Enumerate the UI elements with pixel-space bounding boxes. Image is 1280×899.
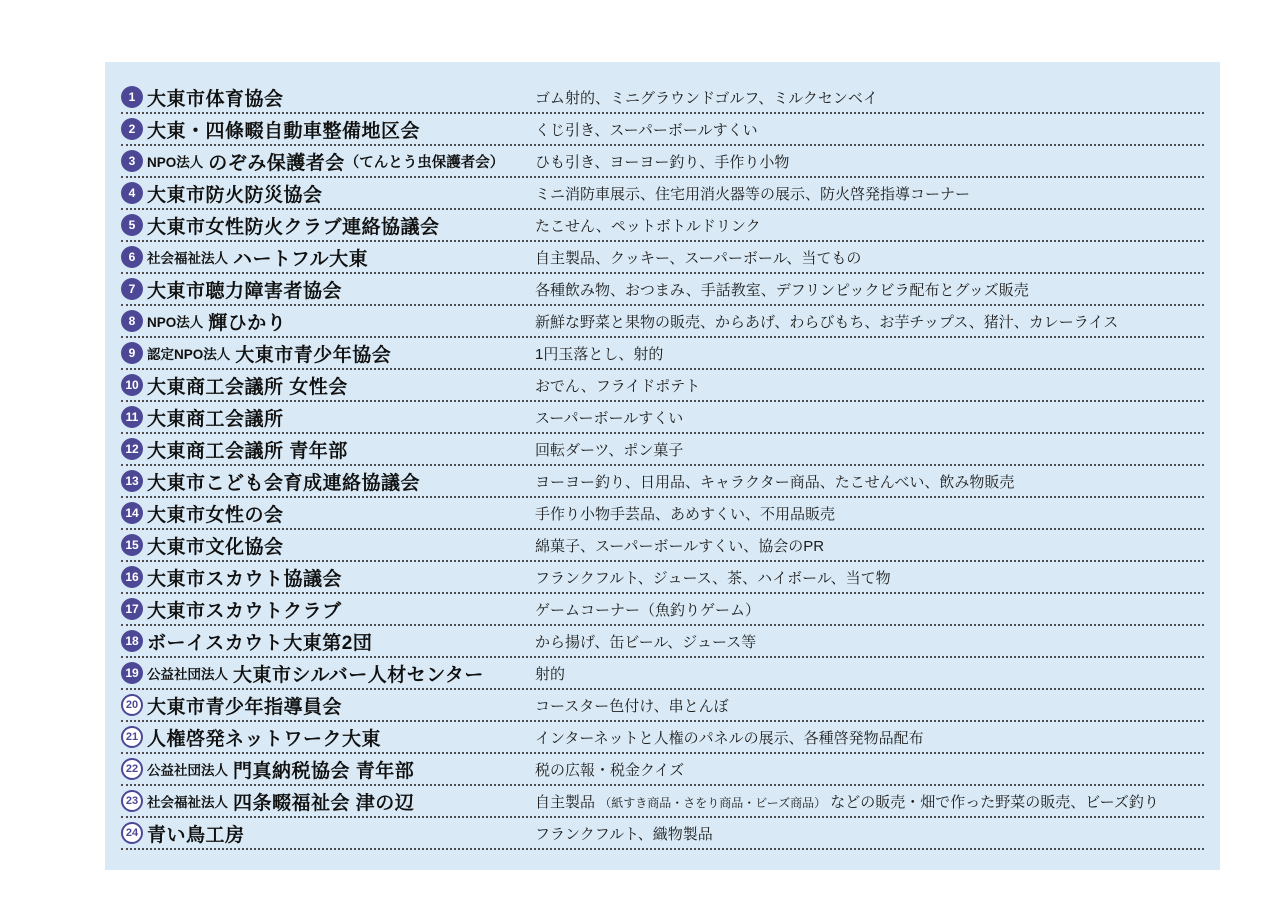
org-name: 大東市聴力障害者協会 (147, 276, 342, 303)
org-name-cell: 23 社会福祉法人 四条畷福祉会 津の辺 (121, 788, 535, 815)
org-name-cell: 17 大東市スカウトクラブ (121, 596, 535, 623)
org-name-cell: 5 大東市女性防火クラブ連絡協議会 (121, 212, 535, 239)
item-number-badge: 15 (121, 534, 143, 556)
org-name: 大東商工会議所 (147, 404, 284, 431)
booth-description-cell: たこせん、ペットボトルドリンク (535, 215, 1204, 236)
list-item: 4 大東市防火防災協会 ミニ消防車展示、住宅用消火器等の展示、防火啓発指導コーナ… (121, 178, 1204, 210)
list-item: 7 大東市聴力障害者協会 各種飲み物、おつまみ、手話教室、デフリンピックビラ配布… (121, 274, 1204, 306)
list-item: 19 公益社団法人 大東市シルバー人材センター 射的 (121, 658, 1204, 690)
org-name: 門真納税協会 青年部 (233, 756, 414, 783)
booth-description-cell: 綿菓子、スーパーボールすくい、協会のPR (535, 535, 1204, 556)
org-type-prefix: NPO法人 (147, 151, 203, 171)
booth-description-cell: くじ引き、スーパーボールすくい (535, 119, 1204, 140)
org-name-cell: 9 認定NPO法人 大東市青少年協会 (121, 340, 535, 367)
org-name-cell: 12 大東商工会議所 青年部 (121, 436, 535, 463)
booth-description-cell: ゲームコーナー（魚釣りゲーム） (535, 599, 1204, 620)
booth-description: 1円玉落とし、射的 (535, 346, 663, 363)
booth-description: ヨーヨー釣り、日用品、キャラクター商品、たこせんべい、飲み物販売 (535, 474, 1014, 491)
booth-description-cell: コースター色付け、串とんぼ (535, 695, 1204, 716)
org-name: 四条畷福祉会 津の辺 (233, 788, 414, 815)
org-name: 輝ひかり (208, 308, 286, 335)
org-type-prefix: 認定NPO法人 (147, 343, 230, 363)
org-name-cell: 7 大東市聴力障害者協会 (121, 276, 535, 303)
booth-description-cell: から揚げ、缶ビール、ジュース等 (535, 631, 1204, 652)
org-name: 大東市シルバー人材センター (233, 660, 484, 687)
list-item: 9 認定NPO法人 大東市青少年協会 1円玉落とし、射的 (121, 338, 1204, 370)
booth-description-cell: ヨーヨー釣り、日用品、キャラクター商品、たこせんべい、飲み物販売 (535, 471, 1204, 492)
booth-description-cell: 税の広報・税金クイズ (535, 759, 1204, 780)
booth-list-panel: 1 大東市体育協会 ゴム射的、ミニグラウンドゴルフ、ミルクセンベイ 2 大東・四… (105, 62, 1220, 870)
list-item: 23 社会福祉法人 四条畷福祉会 津の辺 自主製品 （紙すき商品・さをり商品・ビ… (121, 786, 1204, 818)
booth-description: 自主製品 (535, 794, 595, 811)
booth-description-cell: おでん、フライドポテト (535, 375, 1204, 396)
booth-description: 各種飲み物、おつまみ、手話教室、デフリンピックビラ配布とグッズ販売 (535, 282, 1029, 299)
org-name: 大東市防火防災協会 (147, 180, 323, 207)
org-name-cell: 18 ボーイスカウト大東第2団 (121, 628, 535, 655)
booth-description: 新鮮な野菜と果物の販売、からあげ、わらびもち、お芋チップス、猪汁、カレーライス (535, 314, 1118, 331)
org-name-cell: 3 NPO法人 のぞみ保護者会 （てんとう虫保護者会） (121, 148, 535, 175)
item-number-badge: 7 (121, 278, 143, 300)
item-number-badge: 11 (121, 406, 143, 428)
booth-description-cell: 手作り小物手芸品、あめすくい、不用品販売 (535, 503, 1204, 524)
booth-description-cell: 自主製品 （紙すき商品・さをり商品・ビーズ商品） などの販売・畑で作った野菜の販… (535, 791, 1204, 812)
item-number-badge: 23 (121, 790, 143, 812)
item-number-badge: 6 (121, 246, 143, 268)
booth-description: フランクフルト、織物製品 (535, 826, 713, 843)
item-number-badge: 17 (121, 598, 143, 620)
item-number-badge: 18 (121, 630, 143, 652)
org-name-cell: 20 大東市青少年指導員会 (121, 692, 535, 719)
booth-description: スーパーボールすくい (535, 410, 683, 427)
org-name-cell: 22 公益社団法人 門真納税協会 青年部 (121, 756, 535, 783)
booth-description: フランクフルト、ジュース、茶、ハイボール、当て物 (535, 570, 891, 587)
booth-description: たこせん、ペットボトルドリンク (535, 218, 761, 235)
booth-description: インターネットと人権のパネルの展示、各種啓発物品配布 (535, 730, 924, 747)
booth-description: ゴム射的、ミニグラウンドゴルフ、ミルクセンベイ (535, 90, 878, 107)
list-item: 13 大東市こども会育成連絡協議会 ヨーヨー釣り、日用品、キャラクター商品、たこ… (121, 466, 1204, 498)
item-number-badge: 12 (121, 438, 143, 460)
org-name-cell: 19 公益社団法人 大東市シルバー人材センター (121, 660, 535, 687)
item-number-badge: 24 (121, 822, 143, 844)
org-type-prefix: 社会福祉法人 (147, 791, 228, 811)
booth-description: 綿菓子、スーパーボールすくい、協会のPR (535, 538, 824, 555)
org-name-cell: 21 人権啓発ネットワーク大東 (121, 724, 535, 751)
list-item: 18 ボーイスカウト大東第2団 から揚げ、缶ビール、ジュース等 (121, 626, 1204, 658)
booth-description-cell: 各種飲み物、おつまみ、手話教室、デフリンピックビラ配布とグッズ販売 (535, 279, 1204, 300)
org-name: 青い鳥工房 (147, 820, 245, 847)
booth-description: コースター色付け、串とんぼ (535, 698, 729, 715)
org-name-cell: 6 社会福祉法人 ハートフル大東 (121, 244, 535, 271)
booth-description-cell: 新鮮な野菜と果物の販売、からあげ、わらびもち、お芋チップス、猪汁、カレーライス (535, 311, 1204, 332)
list-item: 11 大東商工会議所 スーパーボールすくい (121, 402, 1204, 434)
booth-description-cell: ミニ消防車展示、住宅用消火器等の展示、防火啓発指導コーナー (535, 183, 1204, 204)
list-item: 2 大東・四條畷自動車整備地区会 くじ引き、スーパーボールすくい (121, 114, 1204, 146)
item-number-badge: 5 (121, 214, 143, 236)
list-item: 3 NPO法人 のぞみ保護者会 （てんとう虫保護者会） ひも引き、ヨーヨー釣り、… (121, 146, 1204, 178)
booth-description-cell: インターネットと人権のパネルの展示、各種啓発物品配布 (535, 727, 1204, 748)
org-name: 大東市文化協会 (147, 532, 284, 559)
org-name: ハートフル大東 (233, 244, 368, 271)
org-name-cell: 16 大東市スカウト協議会 (121, 564, 535, 591)
item-number-badge: 3 (121, 150, 143, 172)
list-item: 8 NPO法人 輝ひかり 新鮮な野菜と果物の販売、からあげ、わらびもち、お芋チッ… (121, 306, 1204, 338)
booth-description-cell: スーパーボールすくい (535, 407, 1204, 428)
booth-description-cell: ひも引き、ヨーヨー釣り、手作り小物 (535, 151, 1204, 172)
booth-description: くじ引き、スーパーボールすくい (535, 122, 758, 139)
org-name: 大東市こども会育成連絡協議会 (147, 468, 420, 495)
list-item: 14 大東市女性の会 手作り小物手芸品、あめすくい、不用品販売 (121, 498, 1204, 530)
org-name: のぞみ保護者会 (208, 148, 345, 175)
org-name-suffix: （てんとう虫保護者会） (345, 151, 505, 172)
list-item: 12 大東商工会議所 青年部 回転ダーツ、ポン菓子 (121, 434, 1204, 466)
booth-description-tail: などの販売・畑で作った野菜の販売、ビーズ釣り (830, 794, 1159, 811)
org-type-prefix: 公益社団法人 (147, 663, 228, 683)
org-name: 大東・四條畷自動車整備地区会 (147, 116, 420, 143)
list-item: 24 青い鳥工房 フランクフルト、織物製品 (121, 818, 1204, 850)
org-type-prefix: 社会福祉法人 (147, 247, 228, 267)
org-name: 大東商工会議所 女性会 (147, 372, 348, 399)
org-name: 大東市スカウトクラブ (147, 596, 342, 623)
booth-description-cell: 1円玉落とし、射的 (535, 343, 1204, 364)
org-name-cell: 1 大東市体育協会 (121, 84, 535, 111)
org-name: 大東市青少年協会 (235, 340, 391, 367)
org-type-prefix: 公益社団法人 (147, 759, 228, 779)
item-number-badge: 19 (121, 662, 143, 684)
item-number-badge: 9 (121, 342, 143, 364)
item-number-badge: 22 (121, 758, 143, 780)
booth-description-cell: ゴム射的、ミニグラウンドゴルフ、ミルクセンベイ (535, 87, 1204, 108)
org-name-cell: 14 大東市女性の会 (121, 500, 535, 527)
list-item: 17 大東市スカウトクラブ ゲームコーナー（魚釣りゲーム） (121, 594, 1204, 626)
item-number-badge: 10 (121, 374, 143, 396)
item-number-badge: 20 (121, 694, 143, 716)
org-name-cell: 10 大東商工会議所 女性会 (121, 372, 535, 399)
item-number-badge: 14 (121, 502, 143, 524)
booth-description-cell: 射的 (535, 663, 1204, 684)
org-name: 大東市青少年指導員会 (147, 692, 342, 719)
booth-description-cell: 自主製品、クッキー、スーパーボール、当てもの (535, 247, 1204, 268)
list-item: 1 大東市体育協会 ゴム射的、ミニグラウンドゴルフ、ミルクセンベイ (121, 82, 1204, 114)
list-item: 21 人権啓発ネットワーク大東 インターネットと人権のパネルの展示、各種啓発物品… (121, 722, 1204, 754)
booth-description: ゲームコーナー（魚釣りゲーム） (535, 602, 760, 619)
org-name-cell: 24 青い鳥工房 (121, 820, 535, 847)
booth-description-cell: フランクフルト、ジュース、茶、ハイボール、当て物 (535, 567, 1204, 588)
org-name: 大東市女性の会 (147, 500, 284, 527)
org-name-cell: 15 大東市文化協会 (121, 532, 535, 559)
booth-description-cell: フランクフルト、織物製品 (535, 823, 1204, 844)
booth-description: ミニ消防車展示、住宅用消火器等の展示、防火啓発指導コーナー (535, 186, 970, 203)
booth-description: から揚げ、缶ビール、ジュース等 (535, 634, 756, 651)
org-name-cell: 11 大東商工会議所 (121, 404, 535, 431)
booth-description: 手作り小物手芸品、あめすくい、不用品販売 (535, 506, 835, 523)
booth-description-small: （紙すき商品・さをり商品・ビーズ商品） (599, 796, 826, 810)
item-number-badge: 21 (121, 726, 143, 748)
item-number-badge: 1 (121, 86, 143, 108)
org-name-cell: 2 大東・四條畷自動車整備地区会 (121, 116, 535, 143)
booth-description: ひも引き、ヨーヨー釣り、手作り小物 (535, 154, 789, 171)
org-name: 大東市スカウト協議会 (147, 564, 342, 591)
org-name-cell: 13 大東市こども会育成連絡協議会 (121, 468, 535, 495)
list-item: 16 大東市スカウト協議会 フランクフルト、ジュース、茶、ハイボール、当て物 (121, 562, 1204, 594)
list-item: 6 社会福祉法人 ハートフル大東 自主製品、クッキー、スーパーボール、当てもの (121, 242, 1204, 274)
booth-description: おでん、フライドポテト (535, 378, 700, 395)
org-name: 大東市体育協会 (147, 84, 284, 111)
item-number-badge: 16 (121, 566, 143, 588)
booth-description-cell: 回転ダーツ、ポン菓子 (535, 439, 1204, 460)
booth-description: 回転ダーツ、ポン菓子 (535, 442, 683, 459)
booth-description: 射的 (535, 666, 565, 683)
org-name: 人権啓発ネットワーク大東 (147, 724, 381, 751)
list-item: 10 大東商工会議所 女性会 おでん、フライドポテト (121, 370, 1204, 402)
org-name: 大東市女性防火クラブ連絡協議会 (147, 212, 440, 239)
org-name-cell: 8 NPO法人 輝ひかり (121, 308, 535, 335)
item-number-badge: 13 (121, 470, 143, 492)
item-number-badge: 4 (121, 182, 143, 204)
list-item: 15 大東市文化協会 綿菓子、スーパーボールすくい、協会のPR (121, 530, 1204, 562)
org-name: 大東商工会議所 青年部 (147, 436, 348, 463)
booth-description: 自主製品、クッキー、スーパーボール、当てもの (535, 250, 861, 267)
list-item: 20 大東市青少年指導員会 コースター色付け、串とんぼ (121, 690, 1204, 722)
item-number-badge: 8 (121, 310, 143, 332)
org-type-prefix: NPO法人 (147, 311, 203, 331)
list-item: 5 大東市女性防火クラブ連絡協議会 たこせん、ペットボトルドリンク (121, 210, 1204, 242)
list-item: 22 公益社団法人 門真納税協会 青年部 税の広報・税金クイズ (121, 754, 1204, 786)
org-name-cell: 4 大東市防火防災協会 (121, 180, 535, 207)
booth-description: 税の広報・税金クイズ (535, 762, 684, 779)
org-name: ボーイスカウト大東第2団 (147, 628, 372, 655)
item-number-badge: 2 (121, 118, 143, 140)
